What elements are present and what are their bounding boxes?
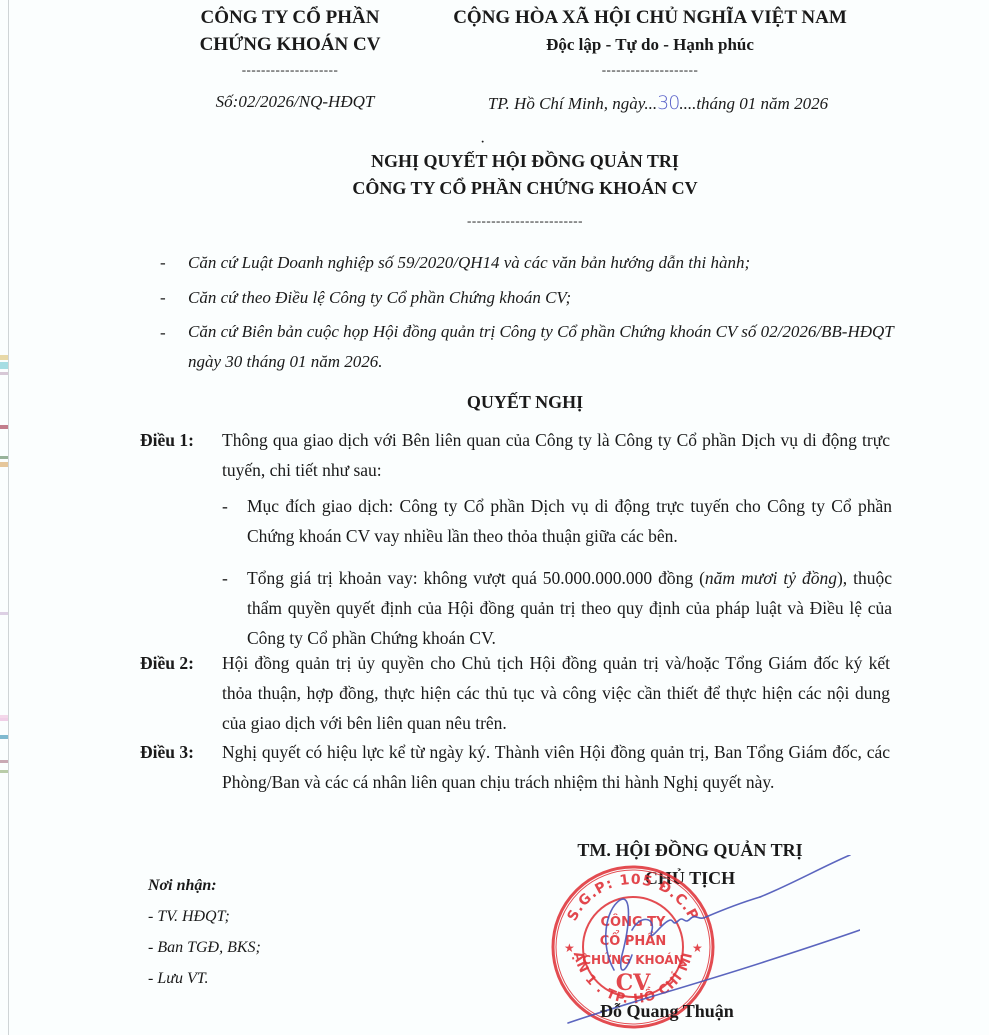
bullet: -: [222, 491, 247, 551]
article-3: Điều 3: Nghị quyết có hiệu lực kể từ ngà…: [140, 737, 890, 797]
bullet: -: [222, 563, 247, 653]
national-header: CỘNG HÒA XÃ HỘI CHỦ NGHĨA VIỆT NAM Độc l…: [430, 4, 870, 78]
article-label: Điều 2:: [140, 648, 222, 738]
company-name-line-2: CHỨNG KHOÁN CV: [160, 31, 420, 58]
article-2: Điều 2: Hội đồng quản trị ủy quyền cho C…: [140, 648, 890, 738]
title-line-2: CÔNG TY CỔ PHẦN CHỨNG KHOÁN CV: [200, 175, 850, 202]
recipient-item: - TV. HĐQT;: [148, 901, 261, 932]
divider: --------------------: [160, 62, 420, 78]
title-line-1: NGHỊ QUYẾT HỘI ĐỒNG QUẢN TRỊ: [200, 148, 850, 175]
bullet: -: [160, 282, 188, 314]
scan-artifact: [0, 372, 8, 375]
legal-basis-text: Căn cứ theo Điều lệ Công ty Cổ phần Chứn…: [188, 282, 900, 314]
scan-artifact: [0, 355, 8, 360]
date-dots: ...: [644, 94, 657, 113]
nation-name: CỘNG HÒA XÃ HỘI CHỦ NGHĨA VIỆT NAM: [430, 4, 870, 31]
legal-basis-item: - Căn cứ Luật Doanh nghiệp số 59/2020/QH…: [160, 247, 900, 279]
date-suffix: tháng 01 năm 2026: [696, 94, 828, 113]
subitem-text: Mục đích giao dịch: Công ty Cổ phần Dịch…: [247, 491, 892, 551]
article-label: Điều 1:: [140, 425, 222, 485]
article-1-subitem: - Tổng giá trị khoản vay: không vượt quá…: [222, 563, 892, 653]
scan-artifact: [0, 456, 8, 459]
article-1: Điều 1: Thông qua giao dịch với Bên liên…: [140, 425, 890, 485]
company-name-line-1: CÔNG TY CỔ PHẦN: [160, 4, 420, 31]
amount-in-words: năm mươi tỷ đồng: [705, 568, 837, 588]
bullet: -: [160, 317, 188, 377]
article-1-subitem: - Mục đích giao dịch: Công ty Cổ phần Dị…: [222, 491, 892, 551]
scan-artifact: [0, 735, 8, 739]
date-dots: ....: [679, 94, 696, 113]
divider: ------------------------: [200, 213, 850, 229]
recipient-item: - Lưu VT.: [148, 963, 261, 994]
document-title: NGHỊ QUYẾT HỘI ĐỒNG QUẢN TRỊ CÔNG TY CỔ …: [200, 148, 850, 202]
national-motto: Độc lập - Tự do - Hạnh phúc: [430, 31, 870, 58]
legal-basis-text: Căn cứ Luật Doanh nghiệp số 59/2020/QH14…: [188, 247, 900, 279]
legal-bases: - Căn cứ Luật Doanh nghiệp số 59/2020/QH…: [160, 247, 900, 377]
document-number: Số:02/2026/NQ-HĐQT: [180, 92, 410, 112]
recipients: Nơi nhận: - TV. HĐQT; - Ban TGĐ, BKS; - …: [148, 870, 261, 994]
signatory-name: Đỗ Quang Thuận: [600, 1001, 734, 1022]
article-label: Điều 3:: [140, 737, 222, 797]
document-date: TP. Hồ Chí Minh, ngày...30....tháng 01 n…: [448, 92, 868, 114]
divider: --------------------: [430, 62, 870, 78]
bullet: -: [160, 247, 188, 279]
article-text: Thông qua giao dịch với Bên liên quan củ…: [222, 425, 890, 485]
legal-basis-item: - Căn cứ theo Điều lệ Công ty Cổ phần Ch…: [160, 282, 900, 314]
recipient-item: - Ban TGĐ, BKS;: [148, 932, 261, 963]
recipients-heading: Nơi nhận:: [148, 870, 261, 901]
scan-artifact: [0, 612, 8, 615]
scan-artifact: [0, 770, 8, 773]
article-text: Nghị quyết có hiệu lực kể từ ngày ký. Th…: [222, 737, 890, 797]
scan-artifact: [0, 715, 8, 718]
company-header: CÔNG TY CỔ PHẦN CHỨNG KHOÁN CV ---------…: [160, 4, 420, 78]
scan-artifact: [0, 462, 8, 467]
decision-heading: QUYẾT NGHỊ: [200, 392, 850, 413]
scan-artifact: [0, 425, 8, 429]
subitem-text: Tổng giá trị khoản vay: không vượt quá 5…: [247, 563, 892, 653]
text-part: Tổng giá trị khoản vay: không vượt quá 5…: [247, 568, 705, 588]
scan-artifact: [0, 362, 8, 369]
legal-basis-item: - Căn cứ Biên bản cuộc họp Hội đồng quản…: [160, 317, 900, 377]
legal-basis-text: Căn cứ Biên bản cuộc họp Hội đồng quản t…: [188, 317, 900, 377]
article-text: Hội đồng quản trị ủy quyền cho Chủ tịch …: [222, 648, 890, 738]
handwritten-day: 30: [657, 92, 679, 114]
scan-artifact: [0, 760, 8, 763]
date-prefix: TP. Hồ Chí Minh, ngày: [488, 94, 644, 113]
scan-edge-line: [8, 0, 9, 1035]
